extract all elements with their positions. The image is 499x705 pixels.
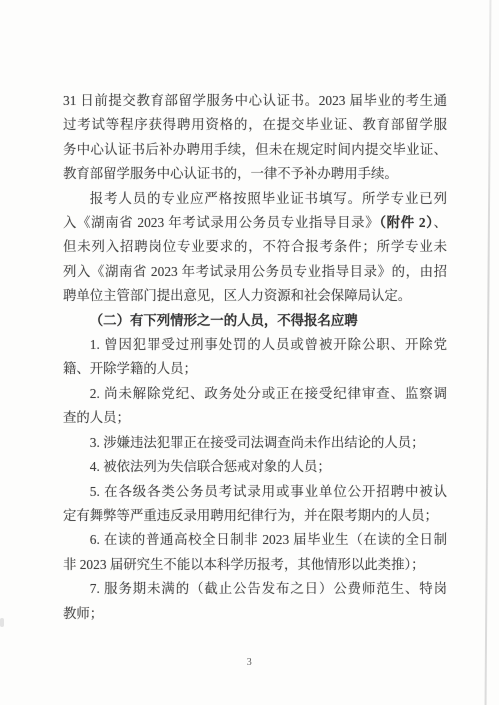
paragraph-major-requirements: 报考人员的专业应严格按照毕业证书填写。所学专业已列入《湖南省 2023 年考试录… <box>63 187 447 309</box>
text-line: 6. 在读的普通高校全日制非 2023 届毕业生（在读的全日制 <box>63 528 447 552</box>
text-line: 聘单位主管部门提出意见，区人力资源和社会保障局认定。 <box>63 284 447 308</box>
text-run: 6. 在读的普通高校全日制非 2023 届毕业生（在读的全日制 <box>90 532 447 547</box>
paragraph-section-heading-ineligible: （二）有下列情形之一的人员，不得报名应聘 <box>63 309 447 333</box>
text-run: （二）有下列情形之一的人员，不得报名应聘 <box>90 313 358 328</box>
text-run: 定有舞弊等严重违反录用聘用纪律行为，并在限考期内的人员； <box>63 508 438 523</box>
text-line: 教师； <box>63 602 447 626</box>
text-line: 但未列入招聘岗位专业要求的，不符合报考条件；所学专业未 <box>63 235 447 259</box>
text-run: 3. 涉嫌违法犯罪正在接受司法调查尚未作出结论的人员； <box>90 435 425 450</box>
text-run: 31 日前提交教育部留学服务中心认证书。2023 届毕业的考生通 <box>63 93 447 108</box>
paragraph-item-4-dishonesty-list: 4. 被依法列为失信联合惩戒对象的人员； <box>63 455 447 479</box>
paragraph-item-3-judicial-investigation: 3. 涉嫌违法犯罪正在接受司法调查尚未作出结论的人员； <box>63 431 447 455</box>
text-run: 2. 尚未解除党纪、政务处分或正在接受纪律审查、监察调 <box>90 386 447 401</box>
text-line: 3. 涉嫌违法犯罪正在接受司法调查尚未作出结论的人员； <box>63 431 447 455</box>
text-line: 查的人员； <box>63 406 447 430</box>
text-run: 聘单位主管部门提出意见，区人力资源和社会保障局认定。 <box>63 288 411 303</box>
paragraph-item-5-exam-fraud: 5. 在各级各类公务员考试录用或事业单位公开招聘中被认定有舞弊等严重违反录用聘用… <box>63 480 447 529</box>
text-run: 籍、开除学籍的人员； <box>63 361 197 376</box>
text-run: 过考试等程序获得聘用资格的，在提交毕业证、教育部留学服 <box>63 117 447 132</box>
scan-artifact-speck <box>0 618 4 627</box>
text-run: 务中心认证书后补办聘用手续，但未在规定时间内提交毕业证、 <box>63 142 447 157</box>
paragraph-item-6-current-students: 6. 在读的普通高校全日制非 2023 届毕业生（在读的全日制非 2023 届研… <box>63 528 447 577</box>
text-line: 2. 尚未解除党纪、政务处分或正在接受纪律审查、监察调 <box>63 382 447 406</box>
text-run: 、 <box>434 215 447 230</box>
text-run: 报考人员的专业应严格按照毕业证书填写。所学专业已列 <box>90 191 447 206</box>
paragraph-item-7-service-period: 7. 服务期未满的（截止公告发布之日）公费师范生、特岗教师； <box>63 577 447 626</box>
text-run: 非 2023 届研究生不能以本科学历报考，其他情形以此类推）； <box>63 557 425 572</box>
paragraph-item-2-discipline-review: 2. 尚未解除党纪、政务处分或正在接受纪律审查、监察调查的人员； <box>63 382 447 431</box>
text-run: 教育部留学服务中心认证书的，一律不予补办聘用手续。 <box>63 166 398 181</box>
page-number: 3 <box>0 657 499 668</box>
text-run: 但未列入招聘岗位专业要求的，不符合报考条件；所学专业未 <box>63 239 447 254</box>
paragraph-certification-procedure: 31 日前提交教育部留学服务中心认证书。2023 届毕业的考生通过考试等程序获得… <box>63 89 447 187</box>
text-line: 教育部留学服务中心认证书的，一律不予补办聘用手续。 <box>63 162 447 186</box>
text-run: 教师； <box>63 606 103 621</box>
text-line: 务中心认证书后补办聘用手续，但未在规定时间内提交毕业证、 <box>63 138 447 162</box>
text-run: 5. 在各级各类公务员考试录用或事业单位公开招聘中被认 <box>90 484 447 499</box>
text-run: 入《湖南省 2023 年考试录用公务员专业指导目录》 <box>63 215 379 230</box>
text-line: 4. 被依法列为失信联合惩戒对象的人员； <box>63 455 447 479</box>
text-line: 7. 服务期未满的（截止公告发布之日）公费师范生、特岗 <box>63 577 447 601</box>
text-line: 列入《湖南省 2023 年考试录用公务员专业指导目录》的，由招 <box>63 260 447 284</box>
text-line: 过考试等程序获得聘用资格的，在提交毕业证、教育部留学服 <box>63 113 447 137</box>
text-run: 1. 曾因犯罪受过刑事处罚的人员或曾被开除公职、开除党 <box>90 337 447 352</box>
paragraph-item-1-criminal-punishment: 1. 曾因犯罪受过刑事处罚的人员或曾被开除公职、开除党籍、开除学籍的人员； <box>63 333 447 382</box>
document-body-text: 31 日前提交教育部留学服务中心认证书。2023 届毕业的考生通过考试等程序获得… <box>63 89 447 626</box>
text-run: （附件 2） <box>379 215 433 230</box>
document-page: 31 日前提交教育部留学服务中心认证书。2023 届毕业的考生通过考试等程序获得… <box>0 0 499 705</box>
text-line: 1. 曾因犯罪受过刑事处罚的人员或曾被开除公职、开除党 <box>63 333 447 357</box>
text-line: 入《湖南省 2023 年考试录用公务员专业指导目录》（附件 2）、 <box>63 211 447 235</box>
text-line: 31 日前提交教育部留学服务中心认证书。2023 届毕业的考生通 <box>63 89 447 113</box>
text-run: 列入《湖南省 2023 年考试录用公务员专业指导目录》的，由招 <box>63 264 447 279</box>
text-line: 报考人员的专业应严格按照毕业证书填写。所学专业已列 <box>63 187 447 211</box>
text-run: 7. 服务期未满的（截止公告发布之日）公费师范生、特岗 <box>90 581 447 596</box>
text-run: 4. 被依法列为失信联合惩戒对象的人员； <box>90 459 331 474</box>
text-line: 定有舞弊等严重违反录用聘用纪律行为，并在限考期内的人员； <box>63 504 447 528</box>
text-line: 非 2023 届研究生不能以本科学历报考，其他情形以此类推）； <box>63 553 447 577</box>
scan-artifact-line <box>485 0 491 705</box>
text-line: 5. 在各级各类公务员考试录用或事业单位公开招聘中被认 <box>63 480 447 504</box>
text-line: （二）有下列情形之一的人员，不得报名应聘 <box>63 309 447 333</box>
text-line: 籍、开除学籍的人员； <box>63 357 447 381</box>
text-run: 查的人员； <box>63 410 130 425</box>
